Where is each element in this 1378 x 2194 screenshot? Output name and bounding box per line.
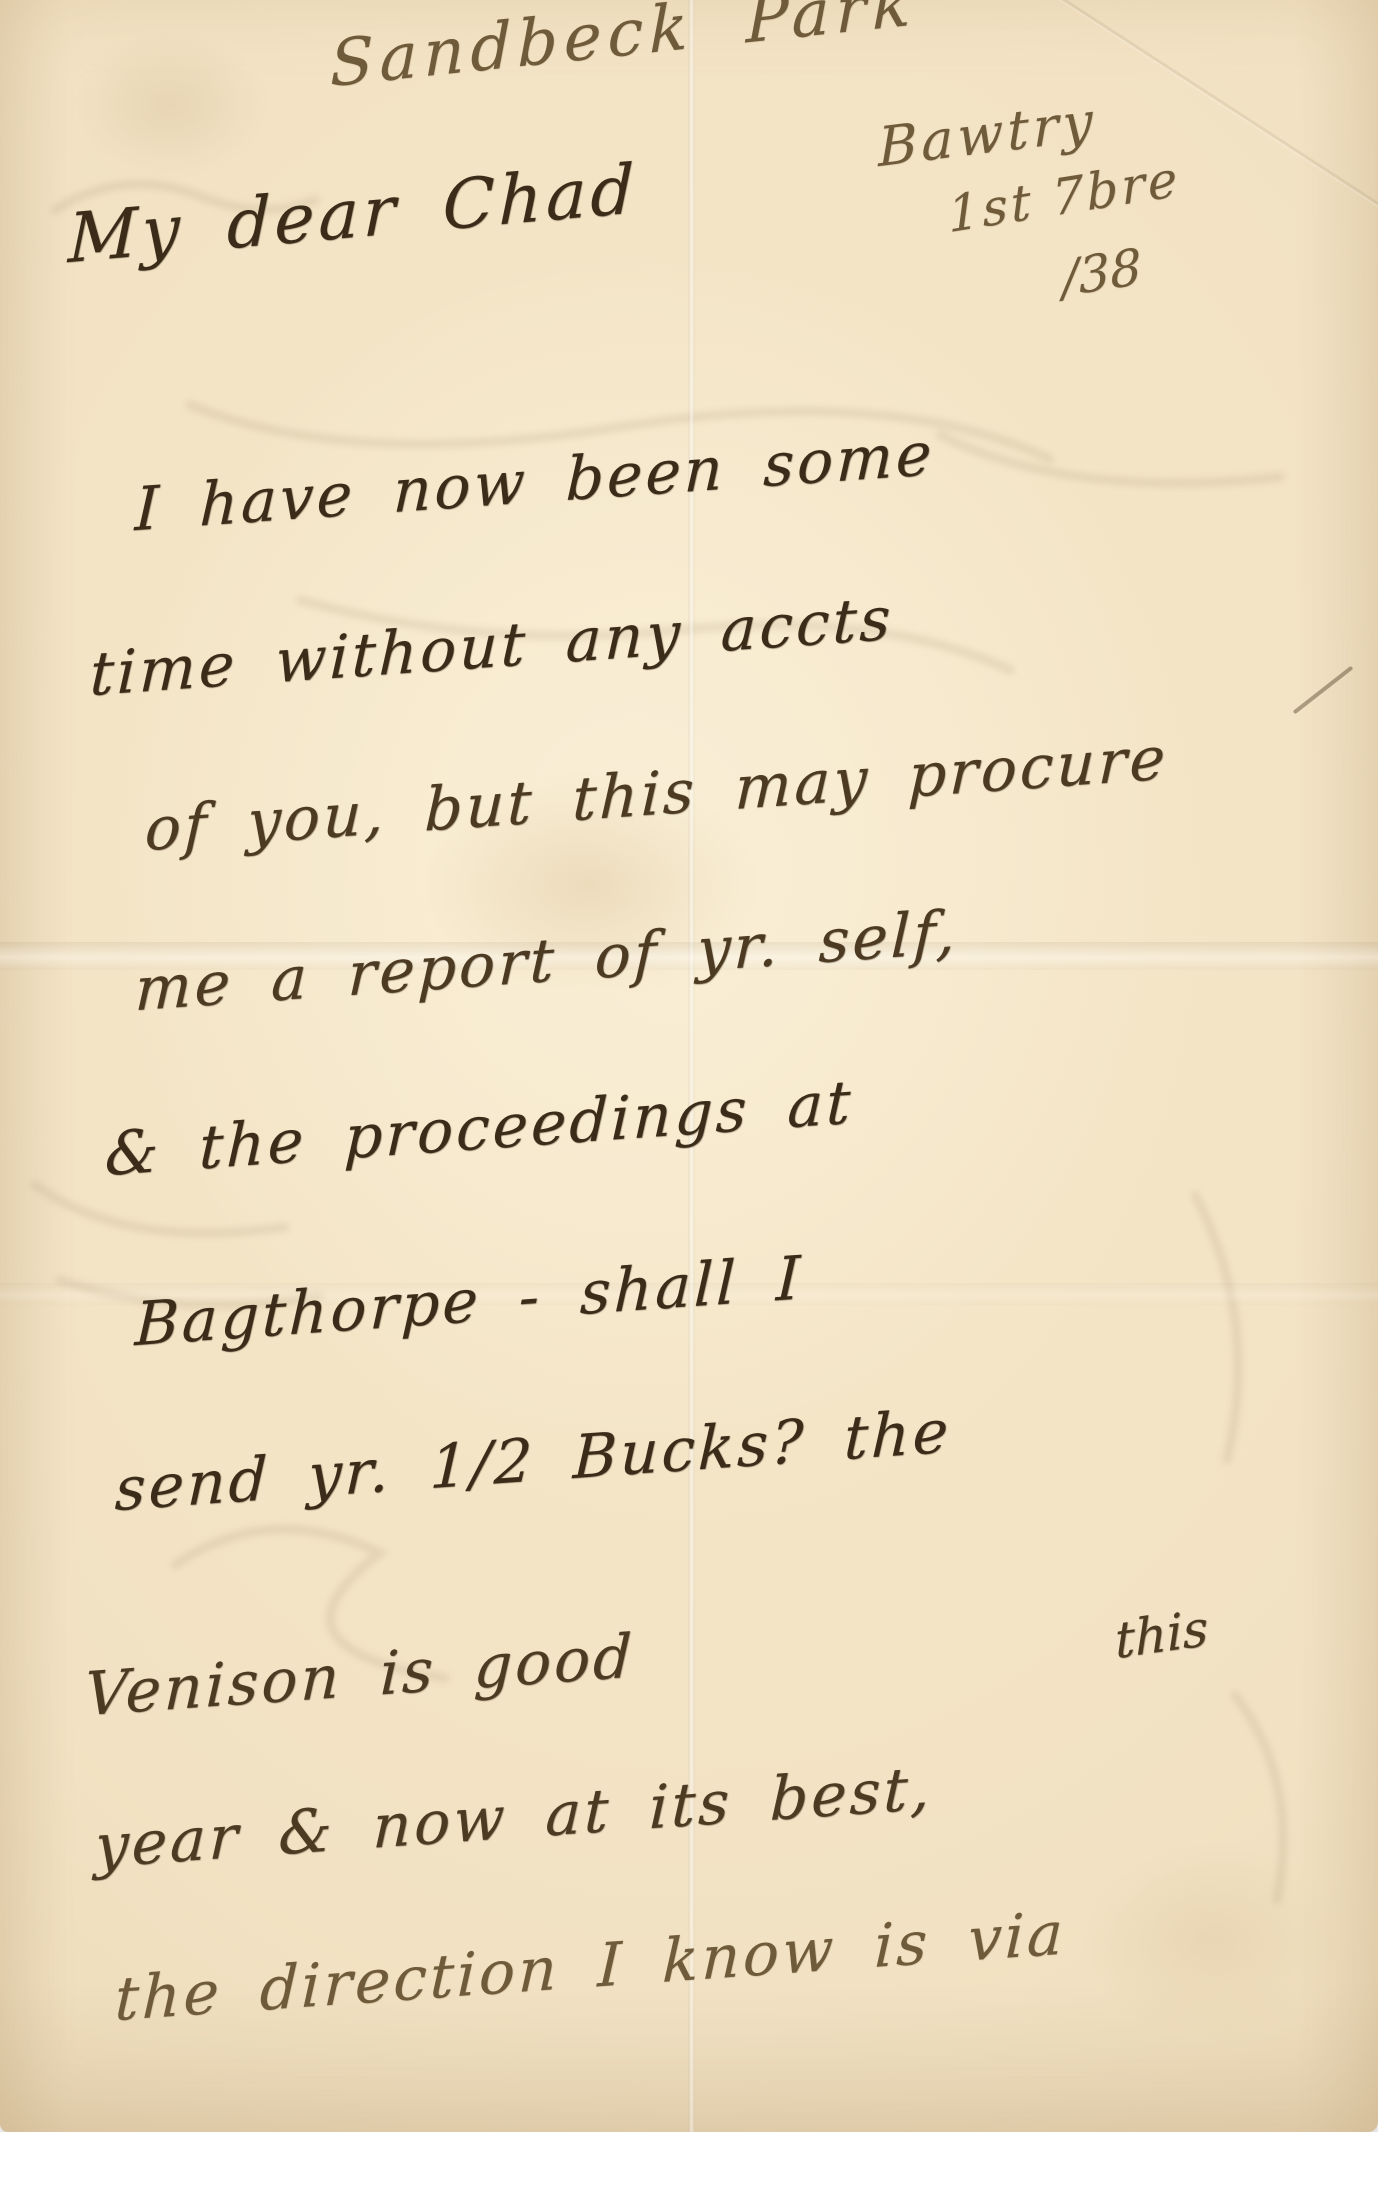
letter-page: Sandbeck Park Bawtry 1st 7bre /38 My dea… xyxy=(0,0,1378,2132)
scan-background: Sandbeck Park Bawtry 1st 7bre /38 My dea… xyxy=(0,0,1378,2194)
heading-year: /38 xyxy=(1060,237,1143,308)
paper-stain xyxy=(70,30,270,180)
paper-stain xyxy=(1080,1840,1340,2040)
scan-bottom-margin xyxy=(0,2132,1378,2194)
